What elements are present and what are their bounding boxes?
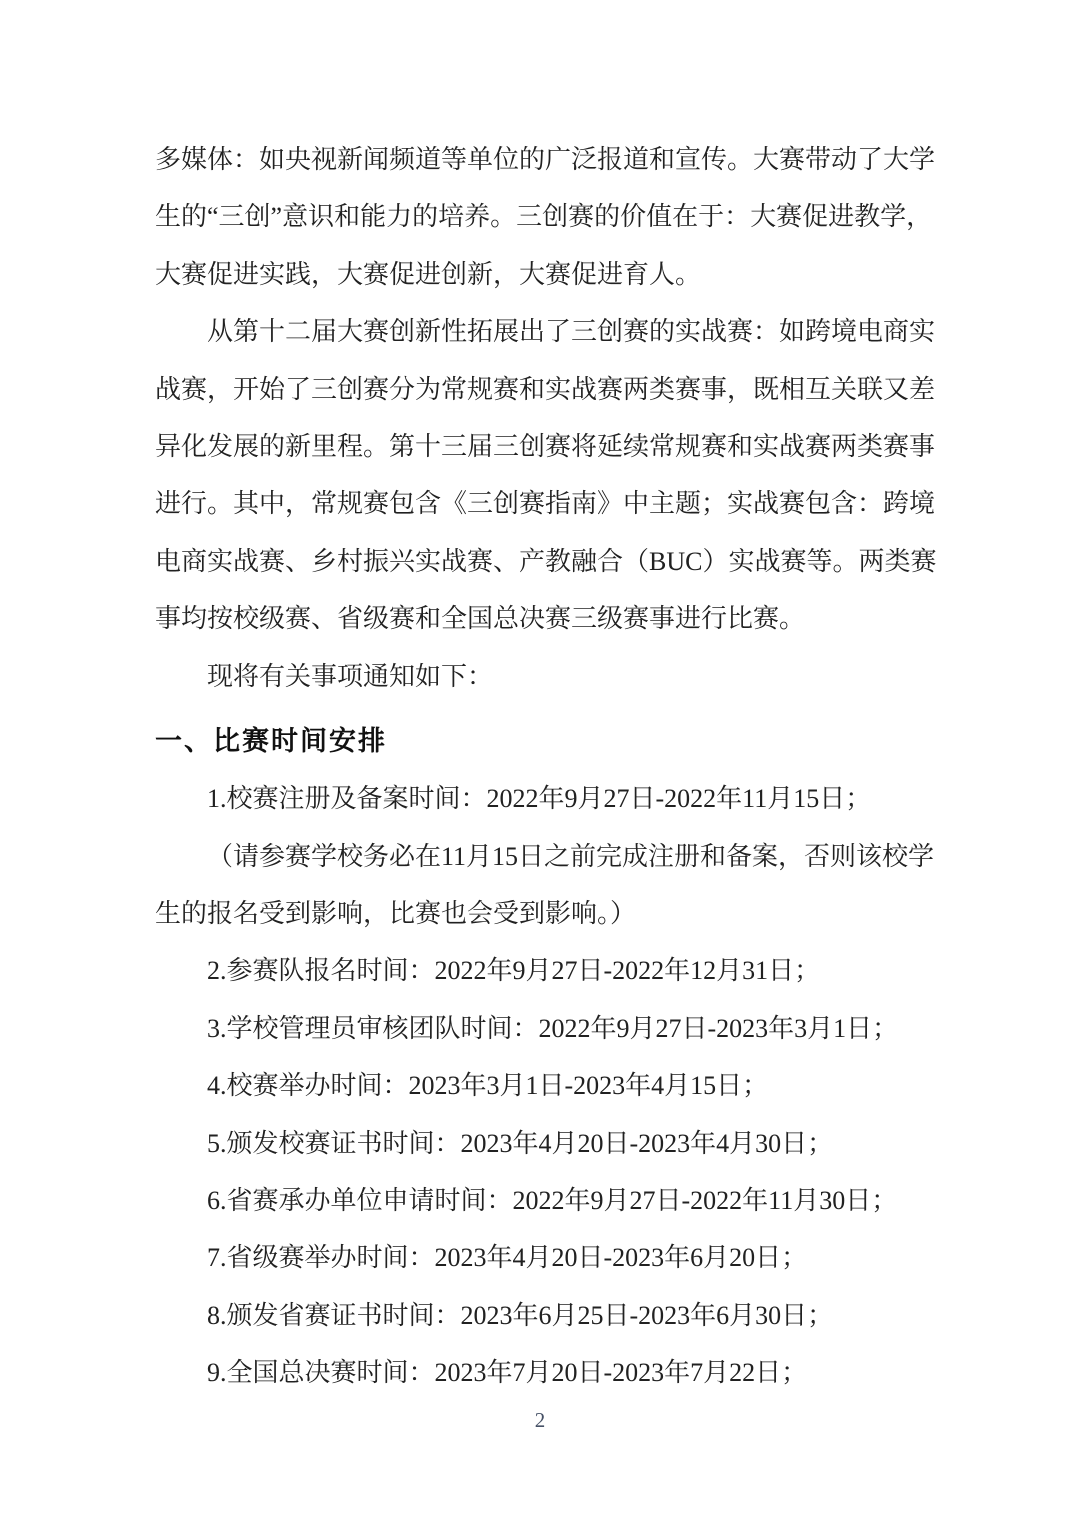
schedule-item: 3.学校管理员审核团队时间：2022年9月27日-2023年3月1日； [155, 1000, 955, 1057]
schedule-item: 2.参赛队报名时间：2022年9月27日-2022年12月31日； [155, 942, 955, 999]
schedule-item: 9.全国总决赛时间：2023年7月20日-2023年7月22日； [155, 1344, 955, 1401]
schedule-item: 1.校赛注册及备案时间：2022年9月27日-2022年11月15日； [155, 770, 955, 827]
para2-line: 事均按校级赛、省级赛和全国总决赛三级赛事进行比赛。 [155, 590, 955, 647]
schedule-item: 7.省级赛举办时间：2023年4月20日-2023年6月20日； [155, 1229, 955, 1286]
note-line: （请参赛学校务必在11月15日之前完成注册和备案，否则该校学 [155, 828, 955, 885]
schedule-item: 4.校赛举办时间：2023年3月1日-2023年4月15日； [155, 1057, 955, 1114]
para2-line: 异化发展的新里程。第十三届三创赛将延续常规赛和实战赛两类赛事 [155, 418, 955, 475]
schedule-item: 8.颁发省赛证书时间：2023年6月25日-2023年6月30日； [155, 1287, 955, 1344]
note-line: 生的报名受到影响，比赛也会受到影响。） [155, 885, 955, 942]
notice-line: 现将有关事项通知如下： [155, 648, 955, 705]
document-body: 多媒体：如央视新闻频道等单位的广泛报道和宣传。大赛带动了大学 生的“三创”意识和… [155, 131, 955, 1402]
schedule-item: 6.省赛承办单位申请时间：2022年9月27日-2022年11月30日； [155, 1172, 955, 1229]
section-heading: 一、比赛时间安排 [155, 713, 955, 770]
page-number: 2 [0, 1408, 1080, 1433]
para1-line: 生的“三创”意识和能力的培养。三创赛的价值在于：大赛促进教学， [155, 188, 955, 245]
para2-line: 从第十二届大赛创新性拓展出了三创赛的实战赛：如跨境电商实 [155, 303, 955, 360]
para2-line: 战赛，开始了三创赛分为常规赛和实战赛两类赛事，既相互关联又差 [155, 361, 955, 418]
para2-line: 进行。其中，常规赛包含《三创赛指南》中主题；实战赛包含：跨境 [155, 475, 955, 532]
para1-line: 多媒体：如央视新闻频道等单位的广泛报道和宣传。大赛带动了大学 [155, 131, 955, 188]
document-page: 多媒体：如央视新闻频道等单位的广泛报道和宣传。大赛带动了大学 生的“三创”意识和… [0, 0, 1080, 1527]
schedule-item: 5.颁发校赛证书时间：2023年4月20日-2023年4月30日； [155, 1115, 955, 1172]
para1-line: 大赛促进实践，大赛促进创新，大赛促进育人。 [155, 246, 955, 303]
para2-line: 电商实战赛、乡村振兴实战赛、产教融合（BUC）实战赛等。两类赛 [155, 533, 955, 590]
